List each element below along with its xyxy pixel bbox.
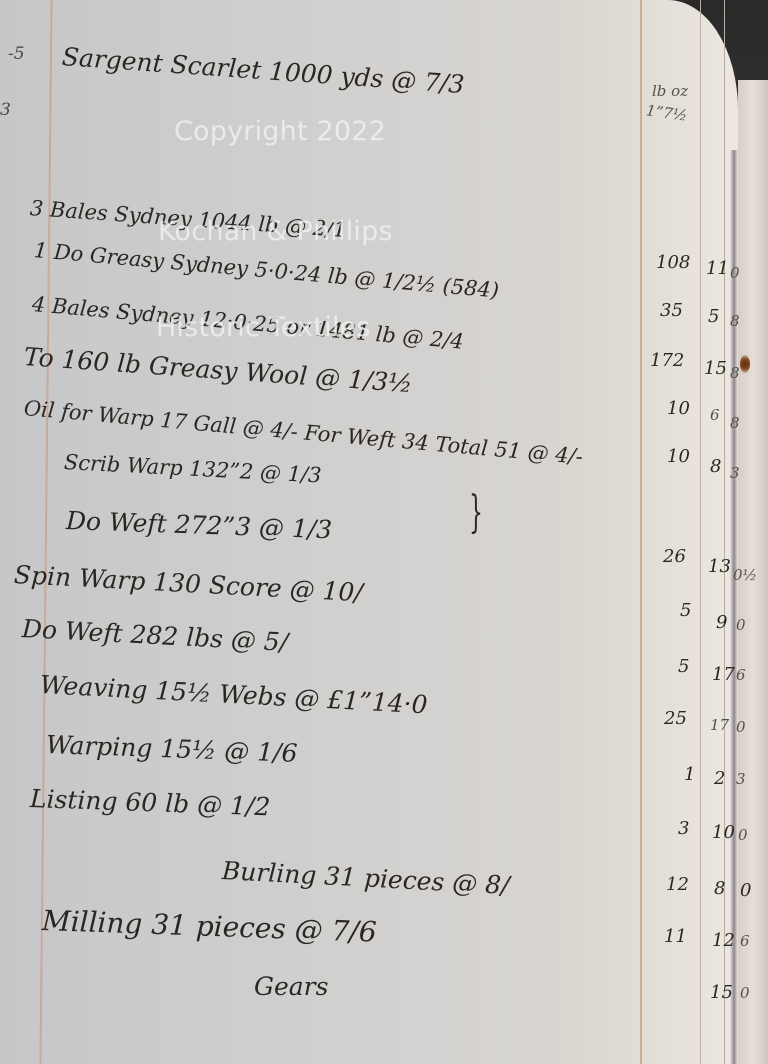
amount-shillings: 13 bbox=[708, 556, 731, 577]
amount-shillings: 15 bbox=[710, 982, 733, 1003]
amount-pence: 0 bbox=[736, 616, 746, 634]
amount-shillings: 8 bbox=[714, 878, 725, 899]
amount-pence: 0 bbox=[730, 264, 740, 282]
amount-pence: 0 bbox=[736, 718, 746, 736]
amount-pounds: 3 bbox=[678, 818, 689, 839]
amount-pence: 8 bbox=[730, 312, 740, 330]
amount-pence: 0 bbox=[740, 880, 751, 901]
amount-pounds: 172 bbox=[650, 350, 684, 371]
amount-pounds: 108 bbox=[656, 252, 690, 273]
amount-pounds: 11 bbox=[664, 926, 687, 947]
spine-shadow bbox=[730, 150, 738, 1064]
amount-pounds: 35 bbox=[660, 300, 683, 321]
amount-shillings: 5 bbox=[708, 306, 719, 327]
amount-pounds: 10 bbox=[667, 398, 690, 419]
margin-note: -5 bbox=[8, 44, 25, 64]
watermark-subtitle: Historic Textiles bbox=[156, 312, 371, 343]
amount-shillings: 17 bbox=[710, 716, 729, 734]
amount-pounds: 12 bbox=[666, 874, 689, 895]
column-header: lb oz bbox=[652, 82, 688, 100]
amount-pounds: 1 bbox=[684, 764, 695, 785]
amount-shillings: 10 bbox=[712, 822, 735, 843]
margin-note: 3 bbox=[0, 100, 11, 120]
amount-shillings: 8 bbox=[710, 456, 721, 477]
watermark-copyright: Copyright 2022 bbox=[174, 116, 386, 147]
amount-pounds: 25 bbox=[664, 708, 687, 729]
amount-pence: 8 bbox=[730, 414, 740, 432]
amount-shillings: 17 bbox=[712, 664, 735, 685]
amount-pence: 8 bbox=[730, 364, 740, 382]
brace-bracket: } bbox=[469, 487, 483, 538]
amount-pounds: 10 bbox=[667, 446, 690, 467]
amount-pence: 6 bbox=[740, 932, 750, 950]
money-column-rule bbox=[640, 0, 642, 1064]
amount-shillings: 11 bbox=[706, 258, 729, 279]
amount-shillings: 9 bbox=[716, 612, 727, 633]
amount-pence: 0 bbox=[738, 826, 748, 844]
rust-stain bbox=[740, 355, 750, 373]
amount-pence: 3 bbox=[730, 464, 740, 482]
amount-pence: 0 bbox=[740, 984, 750, 1002]
amount-shillings: 12 bbox=[712, 930, 735, 951]
entry-text: Gears bbox=[254, 972, 328, 1001]
amount-pence: 6 bbox=[736, 666, 746, 684]
amount-shillings: 15 bbox=[704, 358, 727, 379]
amount-shillings: 6 bbox=[710, 406, 720, 424]
amount-pounds: 26 bbox=[663, 546, 686, 567]
amount-pounds: 5 bbox=[678, 656, 689, 677]
amount-pence: 0½ bbox=[733, 566, 757, 584]
amount-pence: 3 bbox=[736, 770, 746, 788]
shillings-column-rule bbox=[700, 0, 701, 1064]
amount-shillings: 2 bbox=[714, 768, 725, 789]
watermark-brand: Kochan & Phillips bbox=[158, 216, 393, 247]
pence-column-rule bbox=[724, 0, 725, 1064]
amount-pounds: 5 bbox=[680, 600, 691, 621]
